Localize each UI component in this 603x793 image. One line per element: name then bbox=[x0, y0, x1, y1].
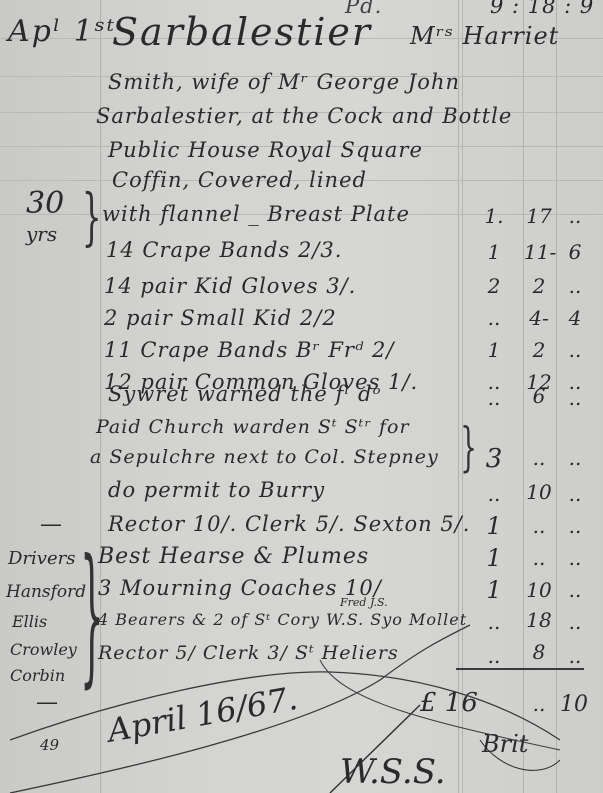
cancellation-strokes bbox=[0, 0, 603, 793]
ledger-page: Pd. 9 : 18 : 9 Apˡ 1ˢᵗ Sarbalestier Mʳˢ … bbox=[0, 0, 603, 793]
